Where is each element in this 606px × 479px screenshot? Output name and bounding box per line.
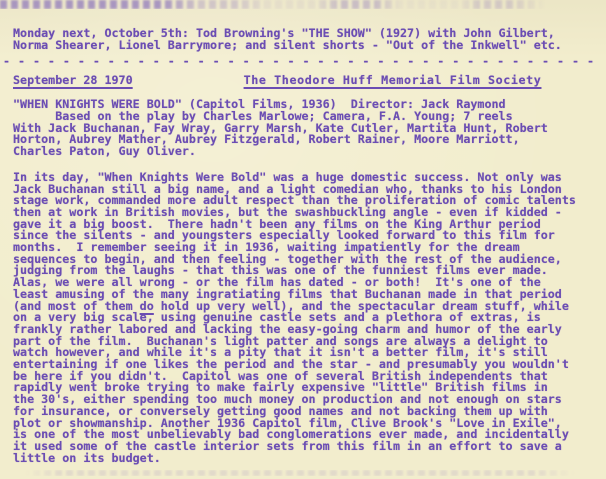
ink-bleed-artifact-top <box>0 0 606 9</box>
header-row: September 28 1970The Theodore Huff Memor… <box>13 75 606 87</box>
next-program-announcement: Monday next, October 5th: Tod Browning's… <box>13 28 606 51</box>
ink-bleed-artifact-bottom <box>0 470 606 476</box>
review-paragraph: In its day, "When Knights Were Bold" was… <box>13 172 606 465</box>
program-date: September 28 1970 <box>13 73 133 87</box>
society-title: The Theodore Huff Memorial Film Society <box>244 73 542 87</box>
film-title-and-credits: "WHEN KNIGHTS WERE BOLD" (Capitol Films,… <box>13 99 606 158</box>
review-text-after-emphasis: hold up very well), and the spectacular … <box>13 299 569 465</box>
typed-program-page: Monday next, October 5th: Tod Browning's… <box>0 0 606 479</box>
review-text-before-emphasis: In its day, "When Knights Were Bold" was… <box>13 170 576 313</box>
dashed-divider: - - - - - - - - - - - - - - - - - - - - … <box>3 56 606 68</box>
